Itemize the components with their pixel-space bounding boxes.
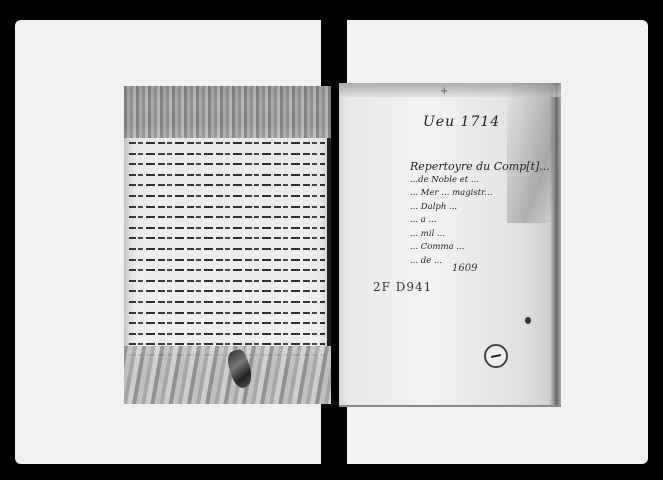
heading-line: ... de ...: [410, 255, 560, 269]
heading-line: ... mil ...: [410, 228, 560, 242]
heading-line: ... Dalph ...: [410, 201, 560, 215]
folded-parchment-top: [124, 86, 331, 138]
heading-line: ...de Noble et ...: [410, 174, 560, 188]
top-cross-mark: +: [440, 86, 448, 97]
call-number: 2F D941: [373, 280, 432, 294]
title-heading-block: Repertoyre du Comp[t]... ...de Noble et …: [410, 160, 560, 268]
handwritten-text-block: [129, 142, 325, 342]
heading-line: ... a ...: [410, 214, 560, 228]
ink-blot: [525, 317, 531, 324]
heading-line: ... Comma ...: [410, 241, 560, 255]
date-mark: 1609: [452, 263, 477, 274]
page-edge-shadow: [327, 138, 331, 346]
heading-line: Repertoyre du Comp[t]...: [410, 160, 560, 174]
shelfmark: Ueu 1714: [423, 114, 500, 130]
heading-line: ... Mer ... magistr...: [410, 187, 560, 201]
library-stamp-icon: [484, 344, 508, 368]
